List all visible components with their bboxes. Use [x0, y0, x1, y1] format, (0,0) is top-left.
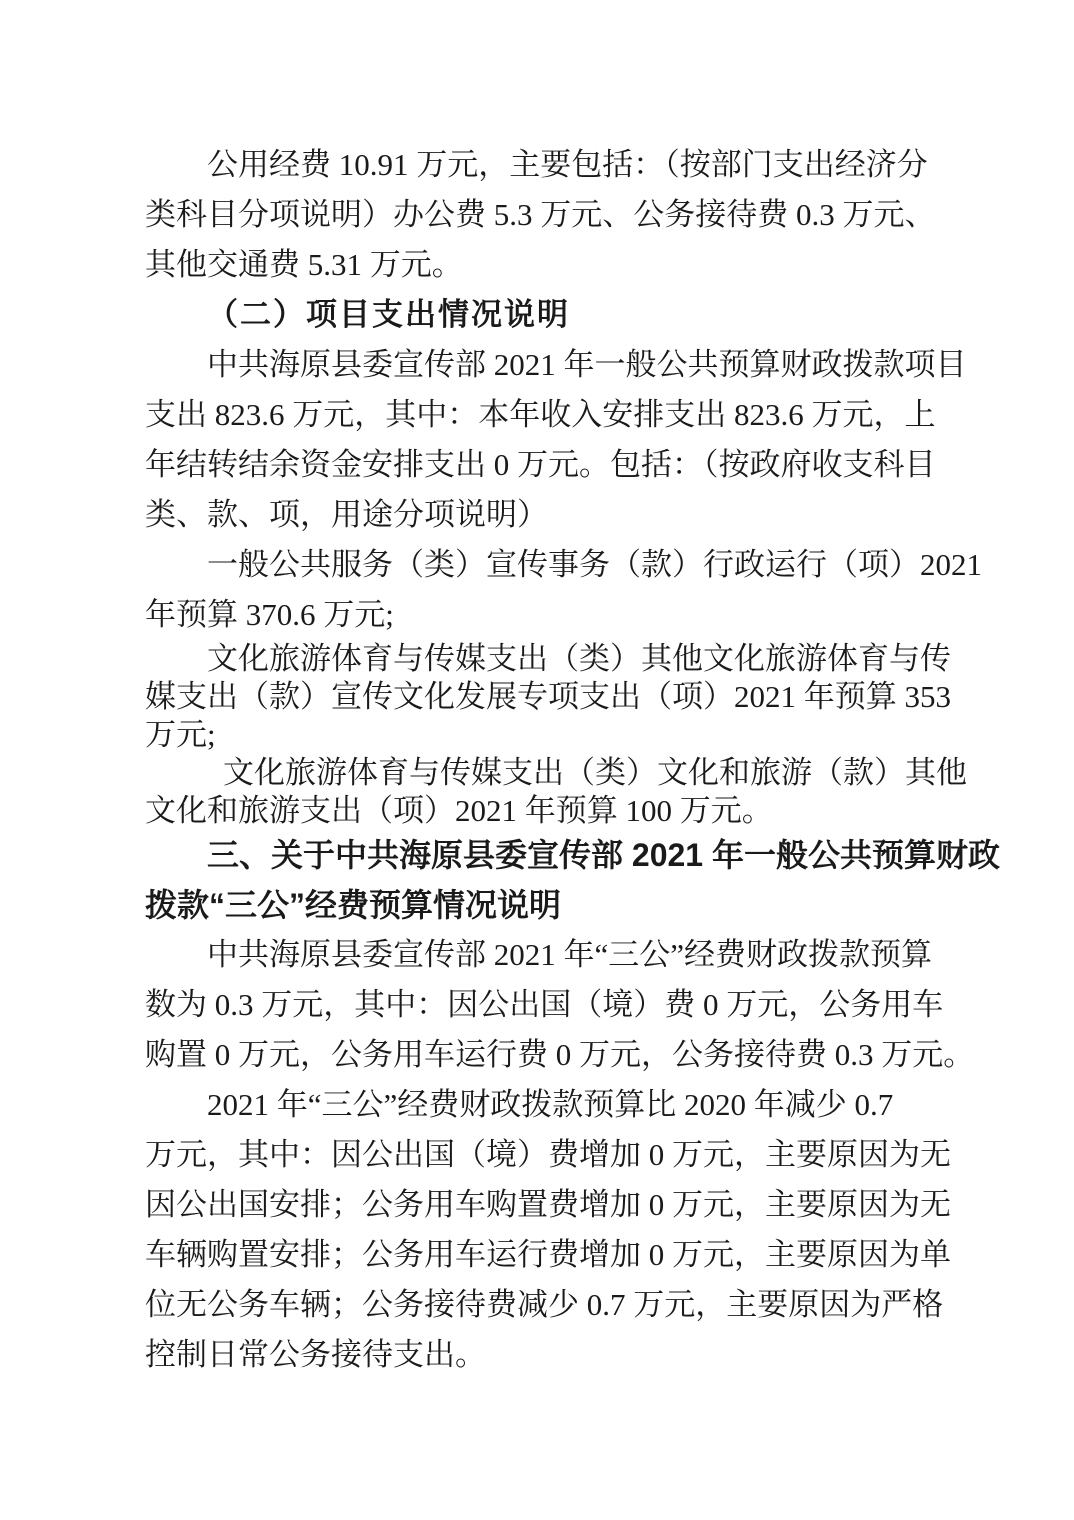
paragraph-public-expense: 公用经费 10.91 万元，主要包括：（按部门支出经济分 类科目分项说明）办公费… [145, 140, 945, 290]
paragraph-culture-tourism-media-1: 文化旅游体育与传媒支出（类）其他文化旅游体育与传 媒支出（款）宣传文化发展专项支… [145, 640, 945, 754]
document-page: 公用经费 10.91 万元，主要包括：（按部门支出经济分 类科目分项说明）办公费… [0, 0, 1074, 1520]
heading-line: （二）项目支出情况说明 [145, 290, 945, 340]
text-line: 类科目分项说明）办公费 5.3 万元、公务接待费 0.3 万元、 [145, 190, 945, 240]
text-line: 2021 年“三公”经费财政拨款预算比 2020 年减少 0.7 [145, 1080, 945, 1130]
document-body: 公用经费 10.91 万元，主要包括：（按部门支出经济分 类科目分项说明）办公费… [145, 140, 945, 1380]
text-line: 位无公务车辆；公务接待费减少 0.7 万元，主要原因为严格 [145, 1280, 945, 1330]
text-line: 万元，其中：因公出国（境）费增加 0 万元，主要原因为无 [145, 1130, 945, 1180]
text-line: 类、款、项，用途分项说明） [145, 490, 945, 540]
paragraph-project-expense: 中共海原县委宣传部 2021 年一般公共预算财政拨款项目 支出 823.6 万元… [145, 340, 945, 540]
text-line: 车辆购置安排；公务用车运行费增加 0 万元，主要原因为单 [145, 1230, 945, 1280]
section-heading-three-public-funds: 三、关于中共海原县委宣传部 2021 年一般公共预算财政 拨款“三公”经费预算情… [145, 830, 945, 930]
text-line: 支出 823.6 万元，其中：本年收入安排支出 823.6 万元，上 [145, 390, 945, 440]
text-line: 年结转结余资金安排支出 0 万元。包括：（按政府收支科目 [145, 440, 945, 490]
text-line: 文化旅游体育与传媒支出（类）其他文化旅游体育与传 [145, 640, 945, 678]
text-line: 因公出国安排；公务用车购置费增加 0 万元，主要原因为无 [145, 1180, 945, 1230]
text-line: 公用经费 10.91 万元，主要包括：（按部门支出经济分 [145, 140, 945, 190]
heading-line: 三、关于中共海原县委宣传部 2021 年一般公共预算财政 [145, 830, 945, 880]
text-line: 中共海原县委宣传部 2021 年一般公共预算财政拨款项目 [145, 340, 945, 390]
text-line: 中共海原县委宣传部 2021 年“三公”经费财政拨款预算 [145, 930, 945, 980]
text-line: 购置 0 万元，公务用车运行费 0 万元，公务接待费 0.3 万元。 [145, 1030, 945, 1080]
text-line: 控制日常公务接待支出。 [145, 1330, 945, 1380]
paragraph-three-public-budget: 中共海原县委宣传部 2021 年“三公”经费财政拨款预算 数为 0.3 万元，其… [145, 930, 945, 1080]
text-line: 一般公共服务（类）宣传事务（款）行政运行（项）2021 [145, 540, 945, 590]
section-heading-project-expense: （二）项目支出情况说明 [145, 290, 945, 340]
text-line: 年预算 370.6 万元; [145, 590, 945, 640]
text-line: 其他交通费 5.31 万元。 [145, 240, 945, 290]
text-line: 文化和旅游支出（项）2021 年预算 100 万元。 [145, 792, 945, 830]
text-line: 数为 0.3 万元，其中：因公出国（境）费 0 万元，公务用车 [145, 980, 945, 1030]
paragraph-three-public-comparison: 2021 年“三公”经费财政拨款预算比 2020 年减少 0.7 万元，其中：因… [145, 1080, 945, 1380]
paragraph-general-public-service: 一般公共服务（类）宣传事务（款）行政运行（项）2021 年预算 370.6 万元… [145, 540, 945, 640]
text-line: 媒支出（款）宣传文化发展专项支出（项）2021 年预算 353 [145, 678, 945, 716]
text-line: 文化旅游体育与传媒支出（类）文化和旅游（款）其他 [145, 754, 945, 792]
paragraph-culture-tourism-media-2: 文化旅游体育与传媒支出（类）文化和旅游（款）其他 文化和旅游支出（项）2021 … [145, 754, 945, 830]
heading-line: 拨款“三公”经费预算情况说明 [145, 880, 945, 930]
text-line: 万元; [145, 716, 945, 754]
